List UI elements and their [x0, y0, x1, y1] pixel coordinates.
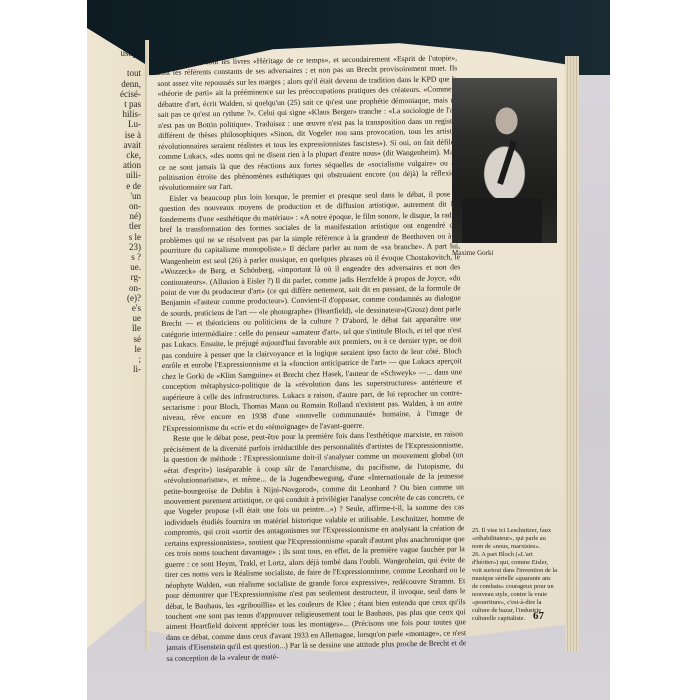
- paragraph: Reste que le débat pose, peut-être pour …: [163, 430, 467, 665]
- footnote-25: 25. Il vise ici Leschnitzer, faux «réhab…: [472, 527, 558, 551]
- paragraph: surtout Bloch, dont les livres «Héritage…: [157, 53, 459, 194]
- page-edges: [565, 56, 579, 651]
- photo-caption: Maxime Gorki: [452, 249, 493, 257]
- left-page-fragment: li-: [133, 364, 141, 375]
- paragraph: Eisler va beaucoup plus loin lorsque, le…: [159, 189, 463, 434]
- page-number: 67: [533, 610, 544, 622]
- photo-scene: usagetoutdenn,écisé-t pashilis-Lu-ise àa…: [87, 0, 610, 700]
- left-page: usagetoutdenn,écisé-t pashilis-Lu-ise àa…: [87, 28, 147, 648]
- main-text-column: surtout Bloch, dont les livres «Héritage…: [157, 53, 466, 664]
- footnote-26: 26. A part Bloch («L'art d'hériter») qui…: [472, 551, 558, 623]
- photo-trousers: [462, 198, 542, 243]
- portrait-photo: [452, 78, 557, 243]
- photo-tie: [497, 140, 517, 185]
- footnotes: 25. Il vise ici Leschnitzer, faux «réhab…: [472, 527, 558, 623]
